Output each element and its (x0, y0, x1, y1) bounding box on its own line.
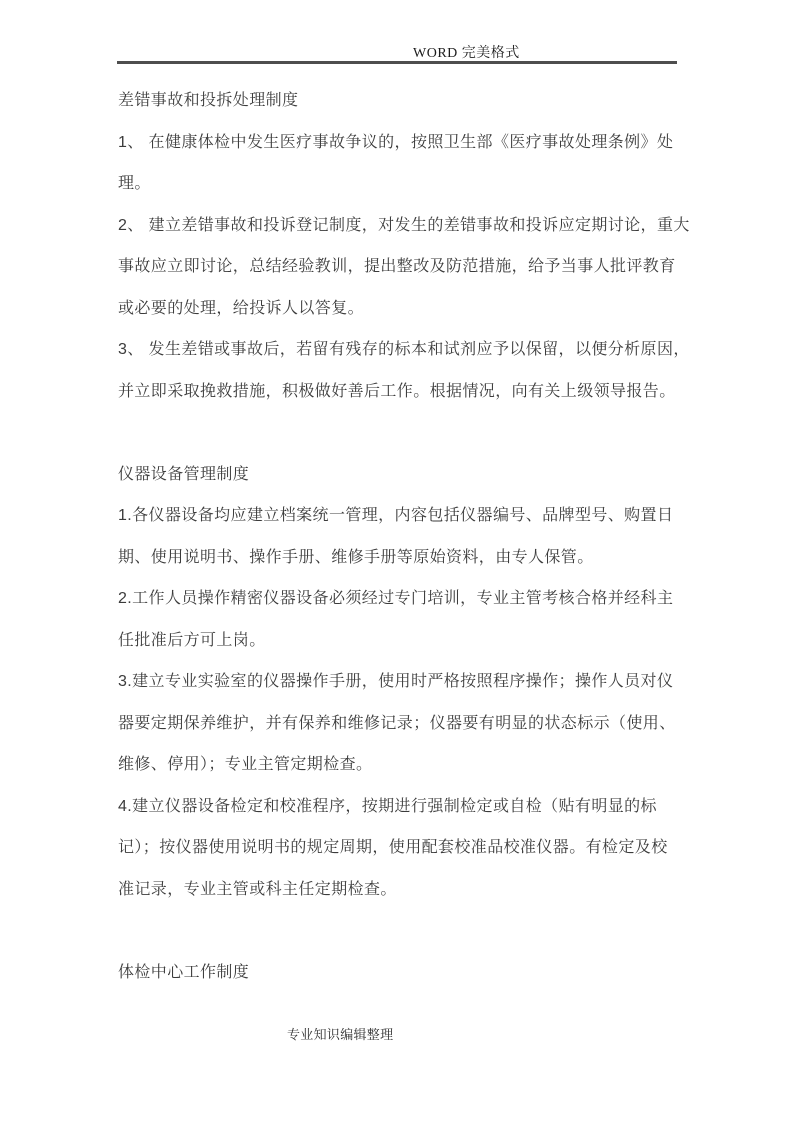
paragraph-line: 任批准后方可上岗。 (118, 620, 718, 662)
paragraph-line: 1、 在健康体检中发生医疗事故争议的，按照卫生部《医疗事故处理条例》处 (118, 122, 718, 164)
blank-line (118, 412, 718, 454)
paragraph-line: 维修、停用）；专业主管定期检查。 (118, 744, 718, 786)
section-heading: 仪器设备管理制度 (118, 454, 718, 496)
paragraph-line: 器要定期保养维护，并有保养和维修记录；仪器要有明显的状态标示（使用、 (118, 703, 718, 745)
paragraph-line: 4.建立仪器设备检定和校准程序，按期进行强制检定或自检（贴有明显的标 (118, 786, 718, 828)
section-heading: 差错事故和投拆处理制度 (118, 80, 718, 122)
paragraph-line: 事故应立即讨论，总结经验教训，提出整改及防范措施，给予当事人批评教育 (118, 246, 718, 288)
header-rule (117, 61, 677, 64)
page-footer-text: 专业知识编辑整理 (287, 1024, 393, 1043)
document-body: 差错事故和投拆处理制度1、 在健康体检中发生医疗事故争议的，按照卫生部《医疗事故… (118, 80, 718, 993)
paragraph-line: 期、使用说明书、操作手册、维修手册等原始资料，由专人保管。 (118, 537, 718, 579)
paragraph-line: 或必要的处理，给投诉人以答复。 (118, 288, 718, 330)
paragraph-line: 并立即采取挽救措施，积极做好善后工作。根据情况，向有关上级领导报告。 (118, 371, 718, 413)
paragraph-line: 1.各仪器设备均应建立档案统一管理，内容包括仪器编号、品牌型号、购置日 (118, 495, 718, 537)
page-header-title: WORD 完美格式 (413, 42, 520, 62)
paragraph-line: 3、 发生差错或事故后，若留有残存的标本和试剂应予以保留，以便分析原因， (118, 329, 718, 371)
section-heading: 体检中心工作制度 (118, 952, 718, 994)
document-page: WORD 完美格式 差错事故和投拆处理制度1、 在健康体检中发生医疗事故争议的，… (0, 0, 793, 1122)
paragraph-line: 准记录，专业主管或科主任定期检查。 (118, 869, 718, 911)
paragraph-line: 2、 建立差错事故和投诉登记制度，对发生的差错事故和投诉应定期讨论，重大 (118, 205, 718, 247)
paragraph-line: 理。 (118, 163, 718, 205)
paragraph-line: 3.建立专业实验室的仪器操作手册，使用时严格按照程序操作；操作人员对仪 (118, 661, 718, 703)
paragraph-line: 记）；按仪器使用说明书的规定周期，使用配套校准品校准仪器。有检定及校 (118, 827, 718, 869)
paragraph-line: 2.工作人员操作精密仪器设备必须经过专门培训，专业主管考核合格并经科主 (118, 578, 718, 620)
blank-line (118, 910, 718, 952)
